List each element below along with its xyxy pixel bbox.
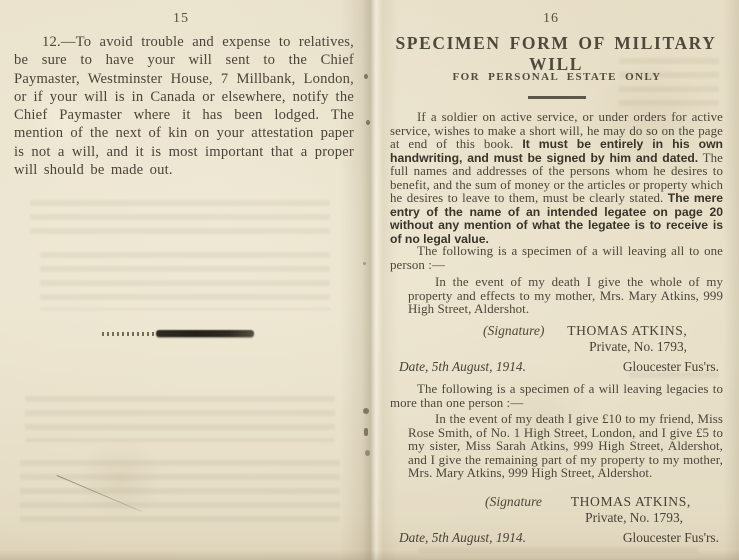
specimen1-lead: The following is a specimen of a will le… bbox=[390, 245, 723, 272]
binding-stitch-dot bbox=[363, 262, 366, 265]
signature-label: (Signature bbox=[485, 494, 542, 509]
specimen2-date-row: Date, 5th August, 1914. Gloucester Fus'r… bbox=[389, 530, 725, 546]
ink-smudge-mark bbox=[102, 330, 254, 338]
ghost-bleedthrough-text bbox=[25, 396, 335, 442]
specimen1-date-row: Date, 5th August, 1914. Gloucester Fus'r… bbox=[389, 359, 725, 375]
ghost-bleedthrough-text bbox=[20, 460, 340, 522]
left-page-paragraph: 12.—To avoid trouble and expense to rela… bbox=[14, 33, 354, 179]
signer-rank: Private, No. 1793, bbox=[389, 339, 725, 355]
left-page-number: 15 bbox=[0, 11, 362, 27]
page-title: SPECIMEN FORM OF MILITARY WILL bbox=[389, 33, 723, 75]
binding-stitch-dot bbox=[364, 74, 368, 79]
right-page-number: 16 bbox=[377, 11, 725, 27]
specimen2-signature-line: (Signature THOMAS ATKINS, bbox=[485, 494, 739, 510]
binding-stitch-dot bbox=[364, 428, 368, 436]
intro-paragraph: If a soldier on active service, or under… bbox=[390, 111, 723, 246]
specimen1-body: In the event of my death I give the whol… bbox=[408, 276, 723, 317]
book-scan: 15 12.—To avoid trouble and expense to r… bbox=[0, 0, 739, 560]
signer-name: THOMAS ATKINS, bbox=[571, 494, 691, 509]
binding-stitch-dot bbox=[363, 408, 369, 414]
signature-label: (Signature) bbox=[483, 323, 544, 338]
left-page: 15 12.—To avoid trouble and expense to r… bbox=[0, 0, 362, 560]
date-text: Date, 5th August, 1914. bbox=[399, 359, 526, 375]
regiment-text: Gloucester Fus'rs. bbox=[623, 530, 719, 546]
specimen1-signature-line: (Signature) THOMAS ATKINS, bbox=[483, 323, 739, 339]
page-subtitle: FOR PERSONAL ESTATE ONLY bbox=[389, 71, 725, 83]
binding-stitch-dot bbox=[365, 450, 370, 456]
ink-blot bbox=[156, 330, 254, 337]
specimen2-lead: The following is a specimen of a will le… bbox=[390, 383, 723, 410]
specimen2-body: In the event of my death I give £10 to m… bbox=[408, 413, 723, 481]
regiment-text: Gloucester Fus'rs. bbox=[623, 359, 719, 375]
divider-rule bbox=[528, 96, 586, 99]
ghost-bleedthrough-text bbox=[419, 547, 699, 557]
ghost-bleedthrough-text bbox=[40, 252, 330, 310]
paper-scratch-mark bbox=[57, 475, 142, 512]
signer-rank: Private, No. 1793, bbox=[389, 510, 725, 526]
ink-scribble bbox=[102, 332, 154, 336]
page-edge-shading bbox=[723, 0, 739, 560]
ghost-bleedthrough-text bbox=[30, 200, 330, 240]
binding-stitch-dot bbox=[366, 120, 370, 125]
signer-name: THOMAS ATKINS, bbox=[567, 323, 687, 338]
right-page: 16 SPECIMEN FORM OF MILITARY WILL FOR PE… bbox=[389, 0, 725, 560]
date-text: Date, 5th August, 1914. bbox=[399, 530, 526, 546]
